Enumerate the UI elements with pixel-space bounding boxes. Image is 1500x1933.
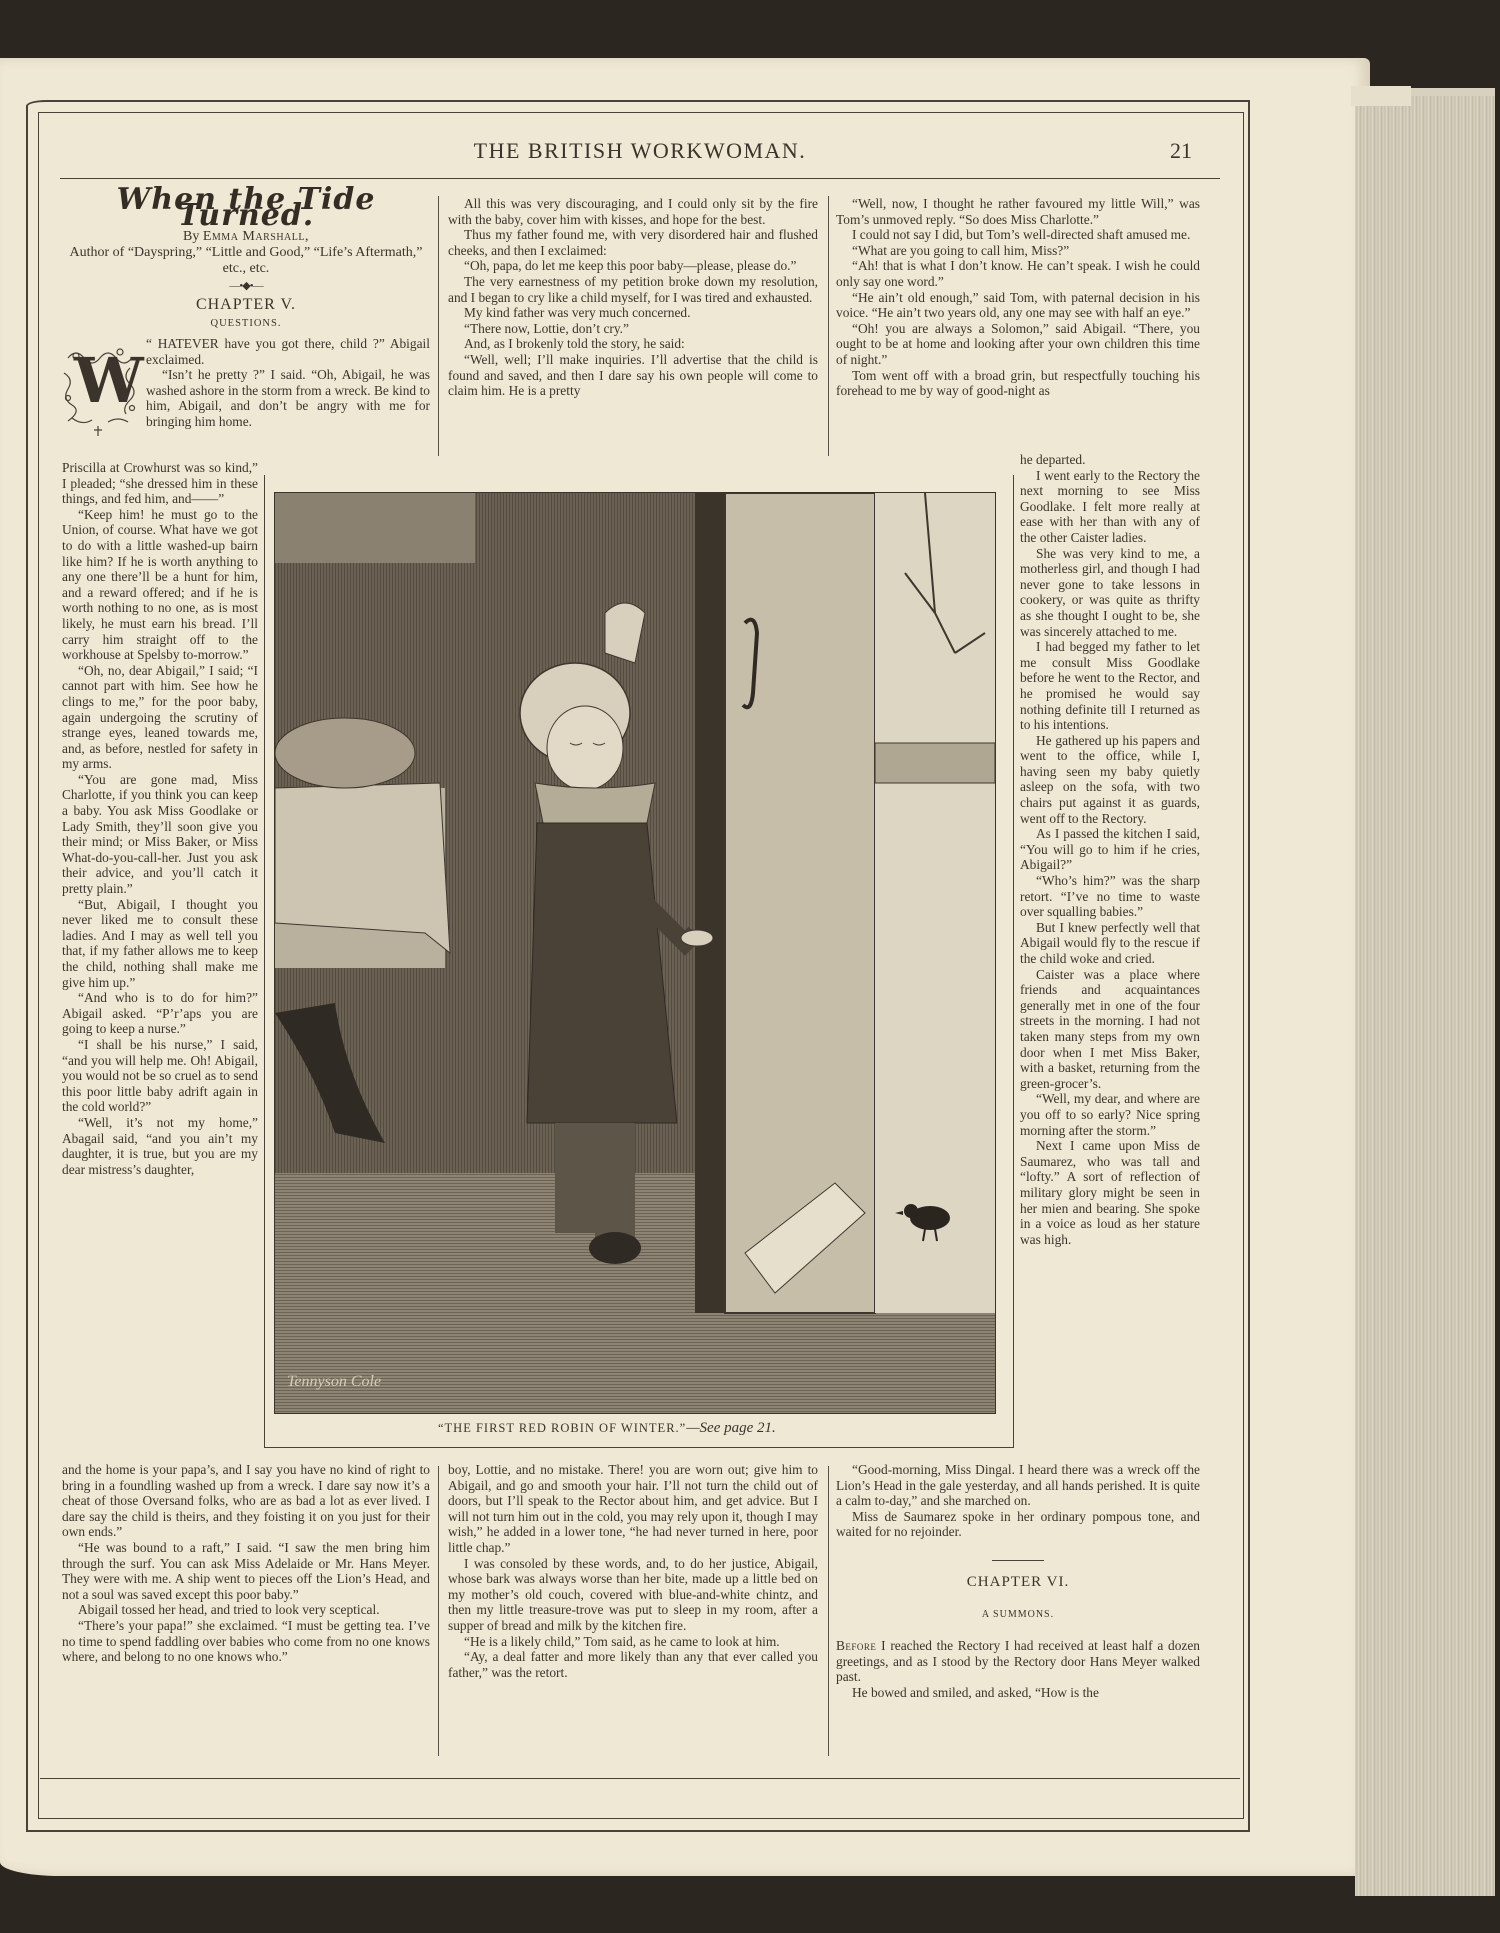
paragraph: he departed. <box>1020 452 1200 468</box>
paragraph: “And who is to do for him?” Abigail aske… <box>62 990 258 1037</box>
author-name: Emma Marshall, <box>203 229 309 244</box>
small-caps-lead: Before <box>836 1638 876 1653</box>
girl-and-robin-engraving-icon <box>275 493 995 1413</box>
paragraph: My kind father was very much concerned. <box>448 305 818 321</box>
column-rule <box>438 196 439 456</box>
running-header: THE BRITISH WORKWOMAN. 21 <box>40 138 1240 170</box>
dropcap-letter: W <box>74 346 144 416</box>
column-1-narrow: Priscilla at Crowhurst was so kind,” I p… <box>62 460 258 1177</box>
column-1-top: When the Tide Turned. By Emma Marshall, … <box>62 186 430 438</box>
byline-prefix: By <box>183 229 199 244</box>
paragraph-text: I reached the Rectory I had received at … <box>836 1638 1200 1684</box>
chapter-heading: CHAPTER V. <box>62 297 430 313</box>
caption-title: “THE FIRST RED ROBIN OF WINTER.” <box>438 1421 686 1435</box>
paragraph: “Well, now, I thought he rather favoured… <box>836 196 1200 227</box>
column-rule <box>438 1466 439 1756</box>
ornament-divider: —•◆•— <box>62 279 430 295</box>
paragraph: Thus my father found me, with very disor… <box>448 227 818 258</box>
column-rule <box>828 1466 829 1756</box>
paragraph: I went early to the Rectory the next mor… <box>1020 468 1200 546</box>
header-rule <box>60 178 1220 179</box>
column-3-bottom: “Good-morning, Miss Dingal. I heard ther… <box>836 1462 1200 1701</box>
publication-title: THE BRITISH WORKWOMAN. <box>40 138 1240 164</box>
paragraph: Abigail tossed her head, and tried to lo… <box>62 1602 430 1618</box>
column-1-bottom: and the home is your papa’s, and I say y… <box>62 1462 430 1665</box>
caption-page-reference: —See page 21. <box>686 1420 776 1436</box>
paragraph: But I knew perfectly well that Abigail w… <box>1020 920 1200 967</box>
paragraph: “Oh! you are always a Solomon,” said Abi… <box>836 321 1200 368</box>
column-rule <box>828 196 829 456</box>
byline: By Emma Marshall, <box>62 229 430 245</box>
paragraph: I had begged my father to let me consult… <box>1020 639 1200 733</box>
paragraph: And, as I brokenly told the story, he sa… <box>448 336 818 352</box>
paragraph: Next I came upon Miss de Saumarez, who w… <box>1020 1138 1200 1247</box>
paragraph: As I passed the kitchen I said, “You wil… <box>1020 826 1200 873</box>
paragraph: Before I reached the Rectory I had recei… <box>836 1638 1200 1685</box>
chapter-subtitle: QUESTIONS. <box>62 316 430 332</box>
column-2-bottom: boy, Lottie, and no mistake. There! you … <box>448 1462 818 1680</box>
paragraph: I could not say I did, but Tom’s well-di… <box>836 227 1200 243</box>
paragraph: “There now, Lottie, don’t cry.” <box>448 321 818 337</box>
section-divider <box>992 1560 1044 1561</box>
paragraph: “You are gone mad, Miss Charlotte, if yo… <box>62 772 258 897</box>
artist-signature: Tennyson Cole <box>287 1373 381 1391</box>
story-title: When the Tide Turned. <box>62 192 430 223</box>
paragraph: Caister was a place where friends and ac… <box>1020 967 1200 1092</box>
paragraph: “Ah! that is what I don’t know. He can’t… <box>836 258 1200 289</box>
paragraph: “Keep him! he must go to the Union, of c… <box>62 507 258 663</box>
paragraph: All this was very discouraging, and I co… <box>448 196 818 227</box>
paragraph: He gathered up his papers and went to th… <box>1020 733 1200 827</box>
column-2-top: All this was very discouraging, and I co… <box>448 196 818 399</box>
paragraph: “Who’s him?” was the sharp retort. “I’ve… <box>1020 873 1200 920</box>
column-3-top: “Well, now, I thought he rather favoured… <box>836 196 1200 399</box>
paragraph: “Ay, a deal fatter and more likely than … <box>448 1649 818 1680</box>
page-edges <box>1355 88 1495 1896</box>
author-credits: Author of “Dayspring,” “Little and Good,… <box>62 245 430 277</box>
paragraph: Miss de Saumarez spoke in her ordinary p… <box>836 1509 1200 1540</box>
paragraph: Tom went off with a broad grin, but resp… <box>836 368 1200 399</box>
paragraph: “There’s your papa!” she exclaimed. “I m… <box>62 1618 430 1665</box>
paragraph: and the home is your papa’s, and I say y… <box>62 1462 430 1540</box>
paragraph: “Well, well; I’ll make inquiries. I’ll a… <box>448 352 818 399</box>
paragraph: I was consoled by these words, and, to d… <box>448 1556 818 1634</box>
paragraph: “But, Abigail, I thought you never liked… <box>62 897 258 991</box>
paragraph: “Oh, no, dear Abigail,” I said; “I canno… <box>62 663 258 772</box>
paragraph: “What are you going to call him, Miss?” <box>836 243 1200 259</box>
column-3-narrow: he departed. I went early to the Rectory… <box>1020 452 1200 1247</box>
paragraph: “He was bound to a raft,” I said. “I saw… <box>62 1540 430 1602</box>
engraving-illustration: Tennyson Cole <box>274 492 996 1414</box>
illuminated-dropcap: W <box>58 338 138 438</box>
paragraph: boy, Lottie, and no mistake. There! you … <box>448 1462 818 1556</box>
paragraph: “He ain’t old enough,” said Tom, with pa… <box>836 290 1200 321</box>
paragraph: He bowed and smiled, and asked, “How is … <box>836 1685 1200 1701</box>
page-number: 21 <box>1170 138 1192 164</box>
paragraph: “He is a likely child,” Tom said, as he … <box>448 1634 818 1650</box>
chapter-subtitle: A SUMMONS. <box>836 1607 1200 1623</box>
footer-rule <box>40 1778 1240 1779</box>
paragraph: “Well, it’s not my home,” Abagail said, … <box>62 1115 258 1177</box>
chapter-heading: CHAPTER VI. <box>836 1575 1200 1591</box>
paragraph: “Good-morning, Miss Dingal. I heard ther… <box>836 1462 1200 1509</box>
paragraph: Priscilla at Crowhurst was so kind,” I p… <box>62 460 258 507</box>
illustration-caption: “THE FIRST RED ROBIN OF WINTER.”—See pag… <box>438 1420 998 1437</box>
paragraph: “Oh, papa, do let me keep this poor baby… <box>448 258 818 274</box>
paragraph: “Well, my dear, and where are you off to… <box>1020 1091 1200 1138</box>
paragraph: “I shall be his nurse,” I said, “and you… <box>62 1037 258 1115</box>
paragraph: She was very kind to me, a motherless gi… <box>1020 546 1200 640</box>
paragraph: The very earnestness of my petition brok… <box>448 274 818 305</box>
